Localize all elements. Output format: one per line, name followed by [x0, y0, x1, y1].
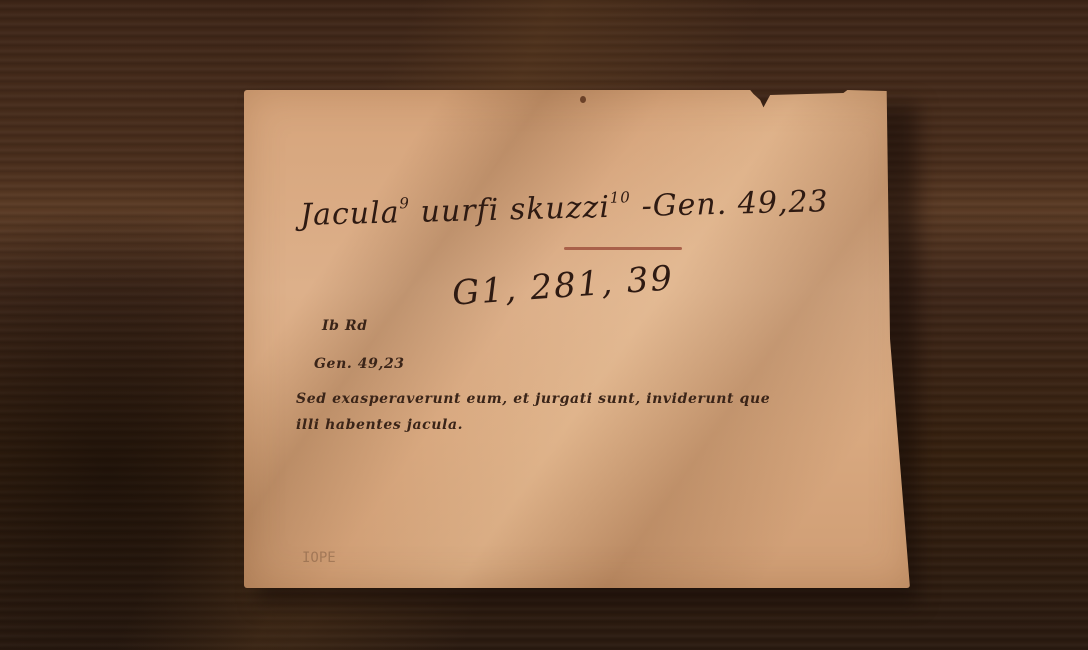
heading-footnote-2: 10	[609, 188, 631, 207]
pin-hole	[580, 96, 586, 103]
red-underline	[564, 247, 682, 250]
heading-dash: -	[641, 189, 653, 224]
heading-word-2: uurfi skuzzi	[420, 190, 610, 230]
heading-word-1: Jacula	[300, 195, 400, 233]
faint-stamp: IOPE	[302, 550, 336, 566]
index-card: Jacula9 uurfi skuzzi10 -Gen. 49,23 G1, 2…	[244, 90, 910, 588]
heading-footnote-1: 9	[399, 194, 410, 212]
heading-reference: Gen. 49,23	[652, 184, 829, 224]
catalog-number: G1, 281, 39	[451, 258, 675, 313]
note-body-line-1: Sed exasperaverunt eum, et jurgati sunt,…	[296, 386, 770, 412]
note-reference: Gen. 49,23	[314, 356, 405, 372]
note-body-line-2: illi habentes jacula.	[296, 412, 770, 438]
card-heading: Jacula9 uurfi skuzzi10 -Gen. 49,23	[300, 183, 829, 233]
note-body: Sed exasperaverunt eum, et jurgati sunt,…	[296, 386, 770, 438]
note-header: Ib Rd	[322, 318, 368, 334]
